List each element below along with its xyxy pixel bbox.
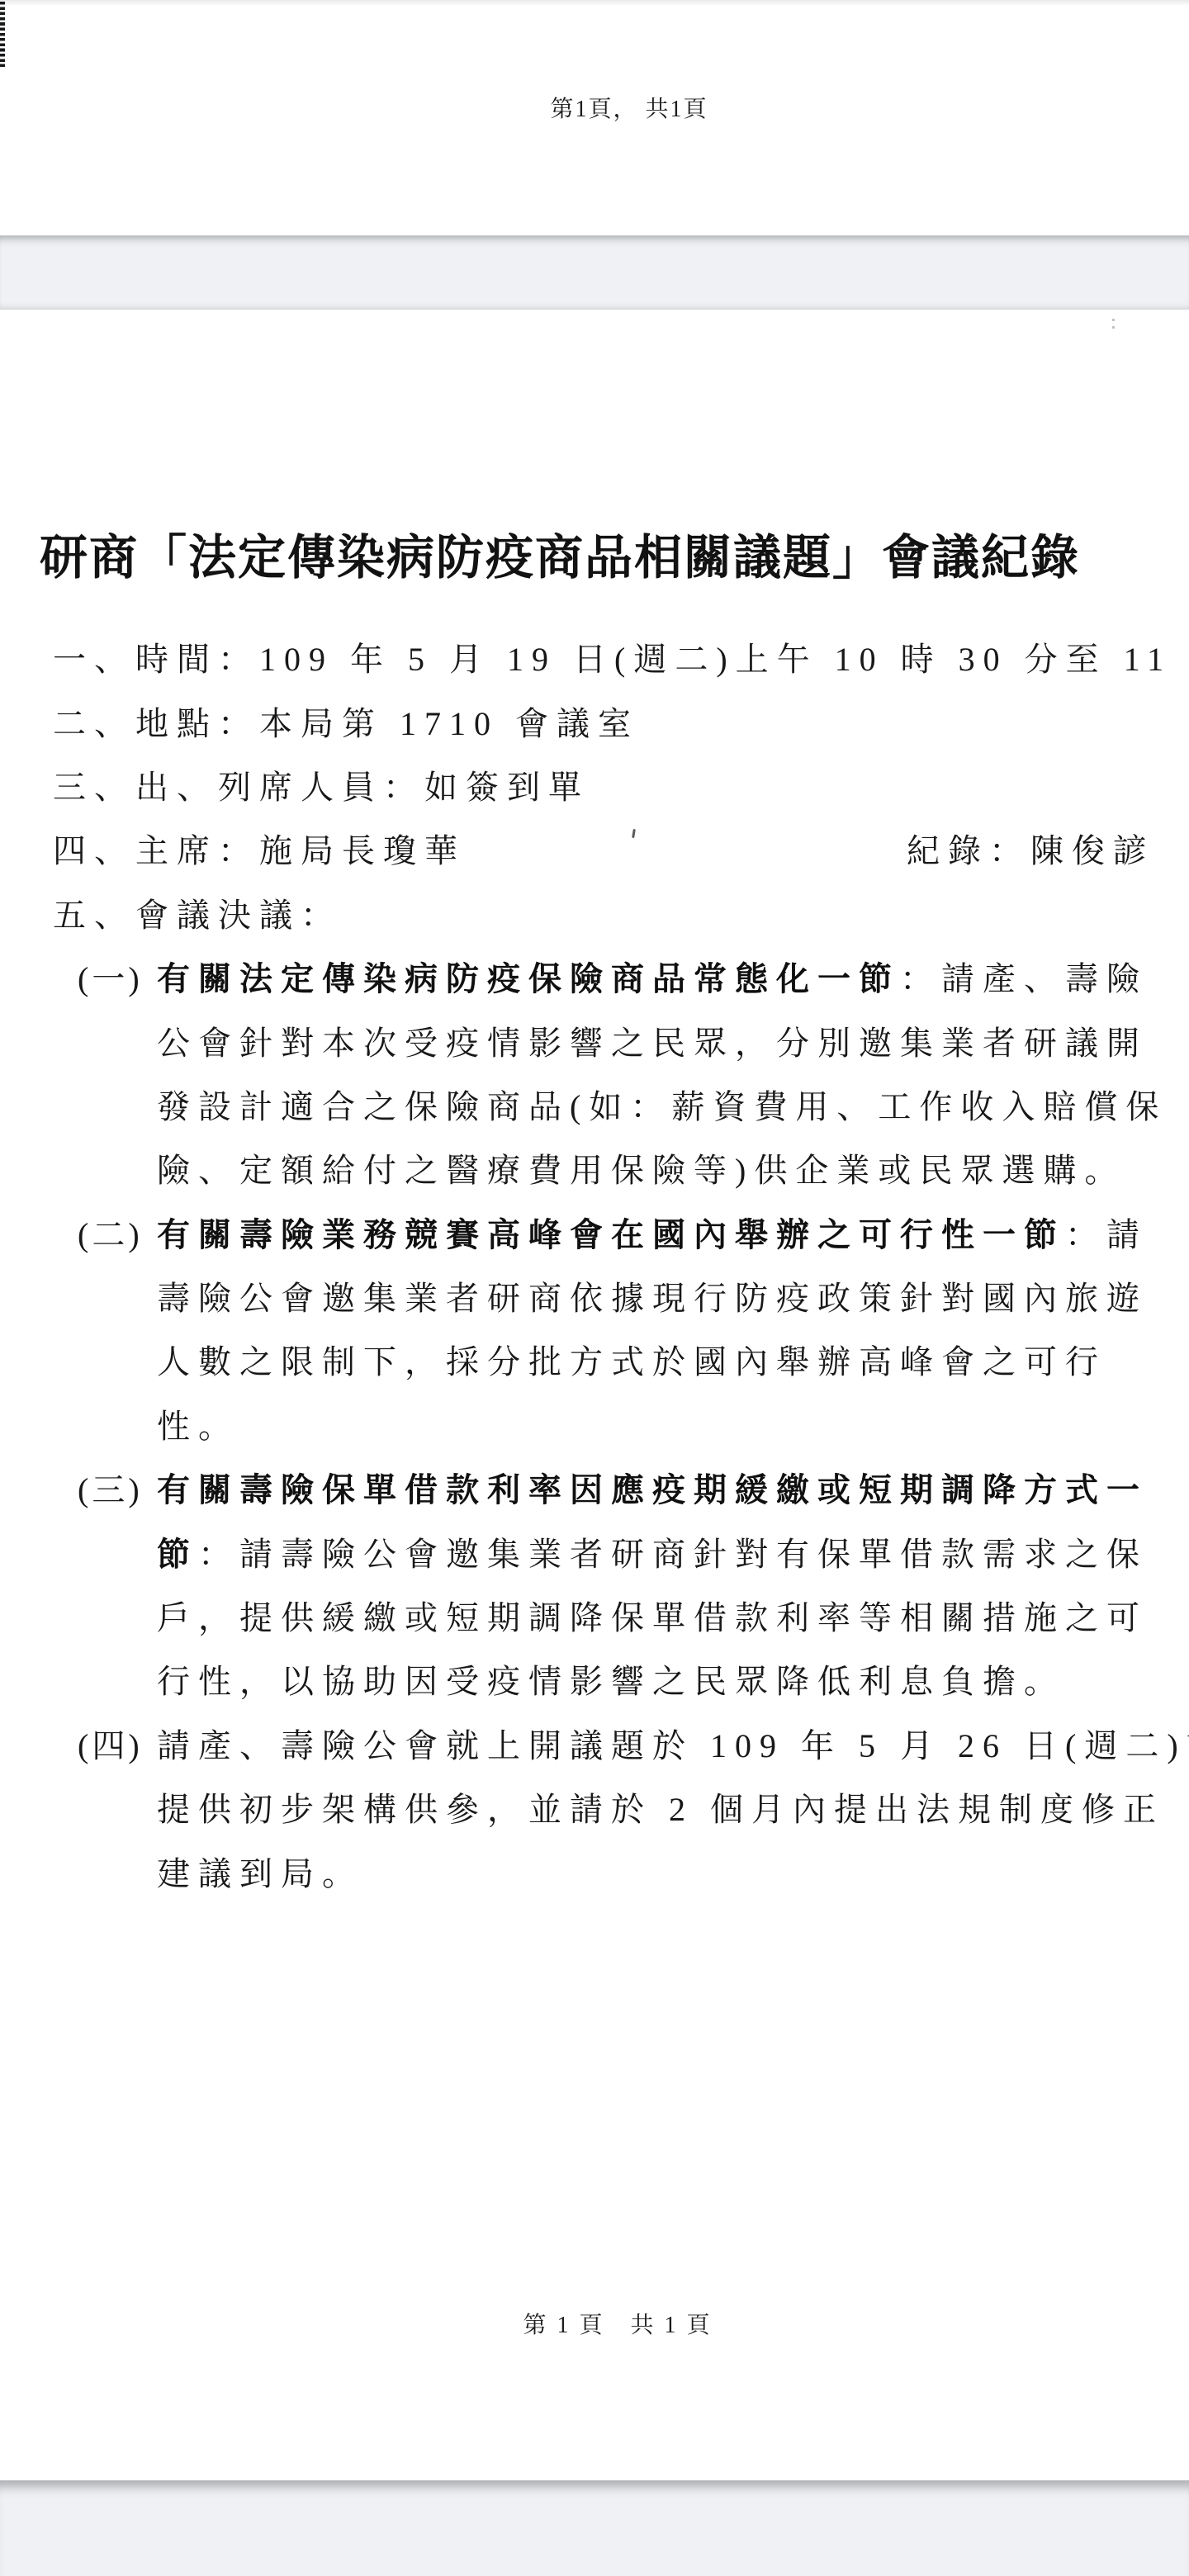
previous-page-footer: 第1頁， 共1頁: [0, 91, 1189, 124]
resolution-1-line-3: 發設計適合之保險商品(如：薪資費用、工作收入賠償保: [0, 1073, 1189, 1136]
resolution-1-marker: (一): [78, 953, 157, 1000]
resolution-3-line-2-bold: 節: [157, 1528, 198, 1575]
attendees-text: 三、出、列席人員：如簽到單: [53, 761, 590, 808]
line-time: 一、時間：109 年 5 月 19 日(週二)上午 10 時 30 分至 11 …: [0, 625, 1189, 689]
resolution-1-line-4-text: 險、定額給付之醫療費用保險等)供企業或民眾選購。: [157, 1144, 1125, 1191]
resolution-1-line-2: 公會針對本次受疫情影響之民眾，分別邀集業者研議開: [0, 1008, 1189, 1072]
page-separator-bottom: [0, 2480, 1189, 2576]
resolution-1-line-1: (一) 有關法定傳染病防疫保險商品常態化一節 ：請產、壽險: [0, 945, 1189, 1008]
chair-text: 四、主席：施局長瓊華: [53, 825, 466, 872]
resolution-3-marker: (三): [78, 1464, 157, 1511]
resolution-2-bold: 有關壽險業務競賽高峰會在國內舉辦之可行性一節: [157, 1209, 1065, 1256]
top-edge-shadow: [0, 0, 1189, 6]
page-separator-top: [0, 235, 1189, 310]
resolution-1-line-3-text: 發設計適合之保險商品(如：薪資費用、工作收入賠償保: [157, 1081, 1167, 1128]
resolution-3-line-4-text: 行性，以協助因受疫情影響之民眾降低利息負擔。: [157, 1655, 1065, 1702]
scan-artifact-faint-dots: [1112, 319, 1115, 334]
recorder-text: 紀錄：陳俊諺: [907, 825, 1154, 872]
resolution-2-line-2: 壽險公會邀集業者研商依據現行防疫政策針對國內旅遊: [0, 1264, 1189, 1328]
resolution-1-line-2-text: 公會針對本次受疫情影響之民眾，分別邀集業者研議開: [157, 1017, 1148, 1064]
resolution-4-line-1: (四) 請產、壽險公會就上開議題於 109 年 5 月 26 日(週二)前: [0, 1712, 1189, 1775]
meeting-title: 研商「法定傳染病防疫商品相關議題」會議紀錄: [40, 523, 1080, 593]
resolution-3-line-2-text: ：請壽險公會邀集業者研商針對有保單借款需求之保: [198, 1528, 1148, 1575]
line-resolutions-heading: 五、會議決議：: [0, 881, 1189, 945]
line-attendees: 三、出、列席人員：如簽到單: [0, 753, 1189, 817]
resolution-4-line-3: 建議到局。: [0, 1839, 1189, 1902]
resolution-2-line-3-text: 人數之限制下，採分批方式於國內舉辦高峰會之可行: [157, 1336, 1106, 1383]
resolution-2-text: ：請: [1065, 1209, 1148, 1256]
resolution-3-line-2: 節 ：請壽險公會邀集業者研商針對有保單借款需求之保: [0, 1519, 1189, 1583]
page-footer: 第 1 頁 共 1 頁: [0, 2307, 1189, 2340]
resolution-4-text: 請產、壽險公會就上開議題於 109 年 5 月 26 日(週二)前: [157, 1720, 1189, 1767]
resolution-4-line-2-text: 提供初步架構供參，並請於 2 個月內提出法規制度修正: [157, 1783, 1164, 1830]
resolution-1-line-4: 險、定額給付之醫療費用保險等)供企業或民眾選購。: [0, 1136, 1189, 1200]
time-text: 一、時間：109 年 5 月 19 日(週二)上午 10 時 30 分至 11 …: [53, 633, 1189, 680]
resolution-3-bold: 有關壽險保單借款利率因應疫期緩繳或短期調降方式一: [157, 1464, 1148, 1511]
scan-artifact-dotted-line: [0, 2, 5, 69]
resolution-2-line-1: (二) 有關壽險業務競賽高峰會在國內舉辦之可行性一節 ：請: [0, 1200, 1189, 1264]
line-chair-recorder: 四、主席：施局長瓊華 紀錄：陳俊諺: [0, 817, 1189, 880]
resolution-3-line-3: 戶，提供緩繳或短期調降保單借款利率等相關措施之可: [0, 1584, 1189, 1647]
resolution-1-text: ：請產、壽險: [900, 953, 1148, 1000]
resolution-2-line-4: 性。: [0, 1392, 1189, 1456]
resolution-4-line-2: 提供初步架構供參，並請於 2 個月內提出法規制度修正: [0, 1775, 1189, 1839]
resolution-2-line-2-text: 壽險公會邀集業者研商依據現行防疫政策針對國內旅遊: [157, 1272, 1148, 1319]
line-location: 二、地點：本局第 1710 會議室: [0, 689, 1189, 752]
resolution-2-line-3: 人數之限制下，採分批方式於國內舉辦高峰會之可行: [0, 1328, 1189, 1391]
document-body: 一、時間：109 年 5 月 19 日(週二)上午 10 時 30 分至 11 …: [0, 625, 1189, 1903]
resolution-4-line-3-text: 建議到局。: [157, 1848, 363, 1895]
resolution-3-line-4: 行性，以協助因受疫情影響之民眾降低利息負擔。: [0, 1647, 1189, 1711]
resolutions-heading-text: 五、會議決議：: [53, 889, 342, 936]
resolution-3-line-3-text: 戶，提供緩繳或短期調降保單借款利率等相關措施之可: [157, 1592, 1148, 1639]
resolution-3-line-1: (三) 有關壽險保單借款利率因應疫期緩繳或短期調降方式一: [0, 1456, 1189, 1519]
document-viewer: 第1頁， 共1頁 研商「法定傳染病防疫商品相關議題」會議紀錄 一、時間：109 …: [0, 0, 1189, 2576]
resolution-2-line-4-text: 性。: [157, 1400, 239, 1447]
resolution-2-marker: (二): [78, 1209, 157, 1256]
resolution-4-marker: (四): [78, 1720, 157, 1767]
resolution-1-bold: 有關法定傳染病防疫保險商品常態化一節: [157, 953, 900, 1000]
location-text: 二、地點：本局第 1710 會議室: [53, 698, 639, 745]
